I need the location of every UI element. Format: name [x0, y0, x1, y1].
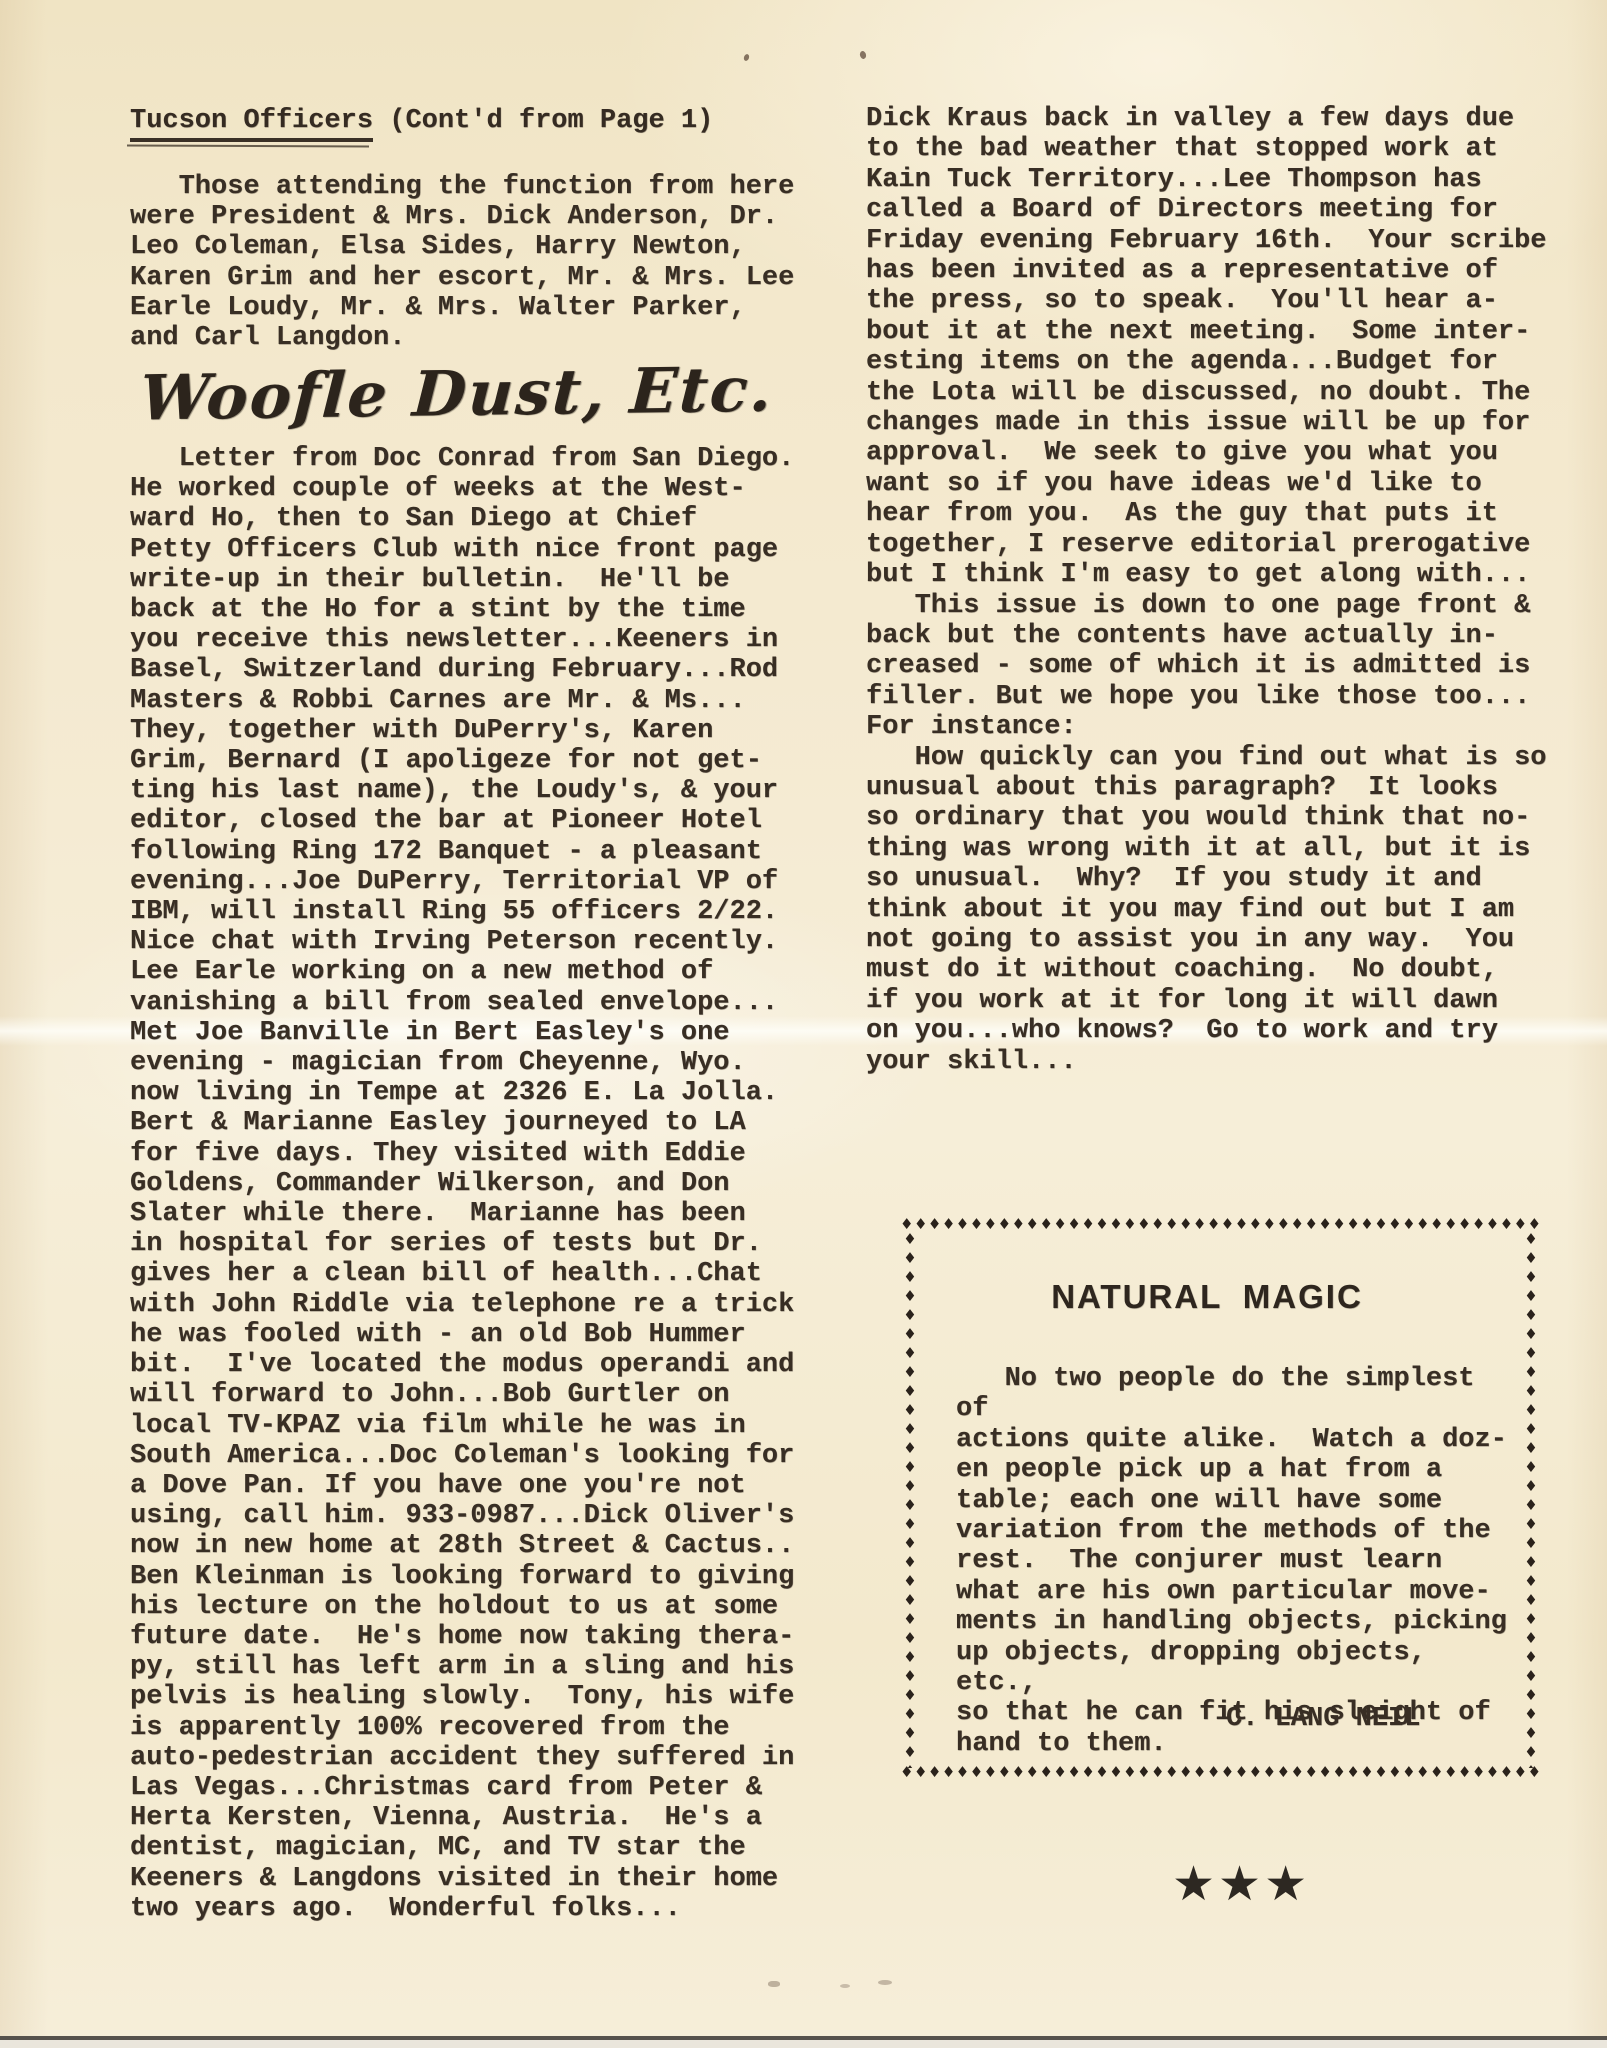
- natural-magic-signature: C. LANG NEIL: [1226, 1704, 1420, 1734]
- natural-magic-title: NATURAL MAGIC: [900, 1278, 1514, 1316]
- diamond-border-right: ♦♦♦♦♦♦♦♦♦♦♦♦♦♦♦♦♦♦♦♦♦♦♦♦♦♦♦♦♦♦♦♦♦♦: [1522, 1230, 1539, 1768]
- section-heading-woofle-dust: Woofle Dust, Etc.: [138, 356, 775, 433]
- natural-magic-box: ♦♦♦♦♦♦♦♦♦♦♦♦♦♦♦♦♦♦♦♦♦♦♦♦♦♦♦♦♦♦♦♦♦♦♦♦♦♦♦♦…: [900, 1216, 1540, 1782]
- ink-speck: [859, 50, 867, 59]
- newsletter-page: Tucson Officers (Cont'd from Page 1) Tho…: [0, 0, 1607, 2048]
- diamond-border-top: ♦♦♦♦♦♦♦♦♦♦♦♦♦♦♦♦♦♦♦♦♦♦♦♦♦♦♦♦♦♦♦♦♦♦♦♦♦♦♦♦…: [900, 1216, 1540, 1234]
- scan-edge-margin: [0, 2040, 1607, 2048]
- continuation-heading-suffix: (Cont'd from Page 1): [373, 106, 713, 136]
- woofle-dust-body: Letter from Doc Conrad from San Diego. H…: [130, 444, 830, 1924]
- pencil-mark: [878, 1980, 892, 1985]
- footer-stars-icon: ★★★: [1172, 1856, 1310, 1912]
- intro-paragraph: Those attending the function from here w…: [130, 172, 830, 353]
- pencil-mark: [840, 1984, 850, 1988]
- ink-speck: [743, 53, 750, 61]
- natural-magic-body: No two people do the simplest of actions…: [956, 1364, 1516, 1759]
- pencil-mark: [768, 1981, 780, 1987]
- continuation-heading: Tucson Officers (Cont'd from Page 1): [130, 106, 713, 136]
- diamond-border-bottom: ♦♦♦♦♦♦♦♦♦♦♦♦♦♦♦♦♦♦♦♦♦♦♦♦♦♦♦♦♦♦♦♦♦♦♦♦♦♦♦♦…: [900, 1764, 1540, 1782]
- continuation-heading-title: Tucson Officers: [130, 106, 373, 142]
- right-column-body: Dick Kraus back in valley a few days due…: [866, 104, 1576, 1077]
